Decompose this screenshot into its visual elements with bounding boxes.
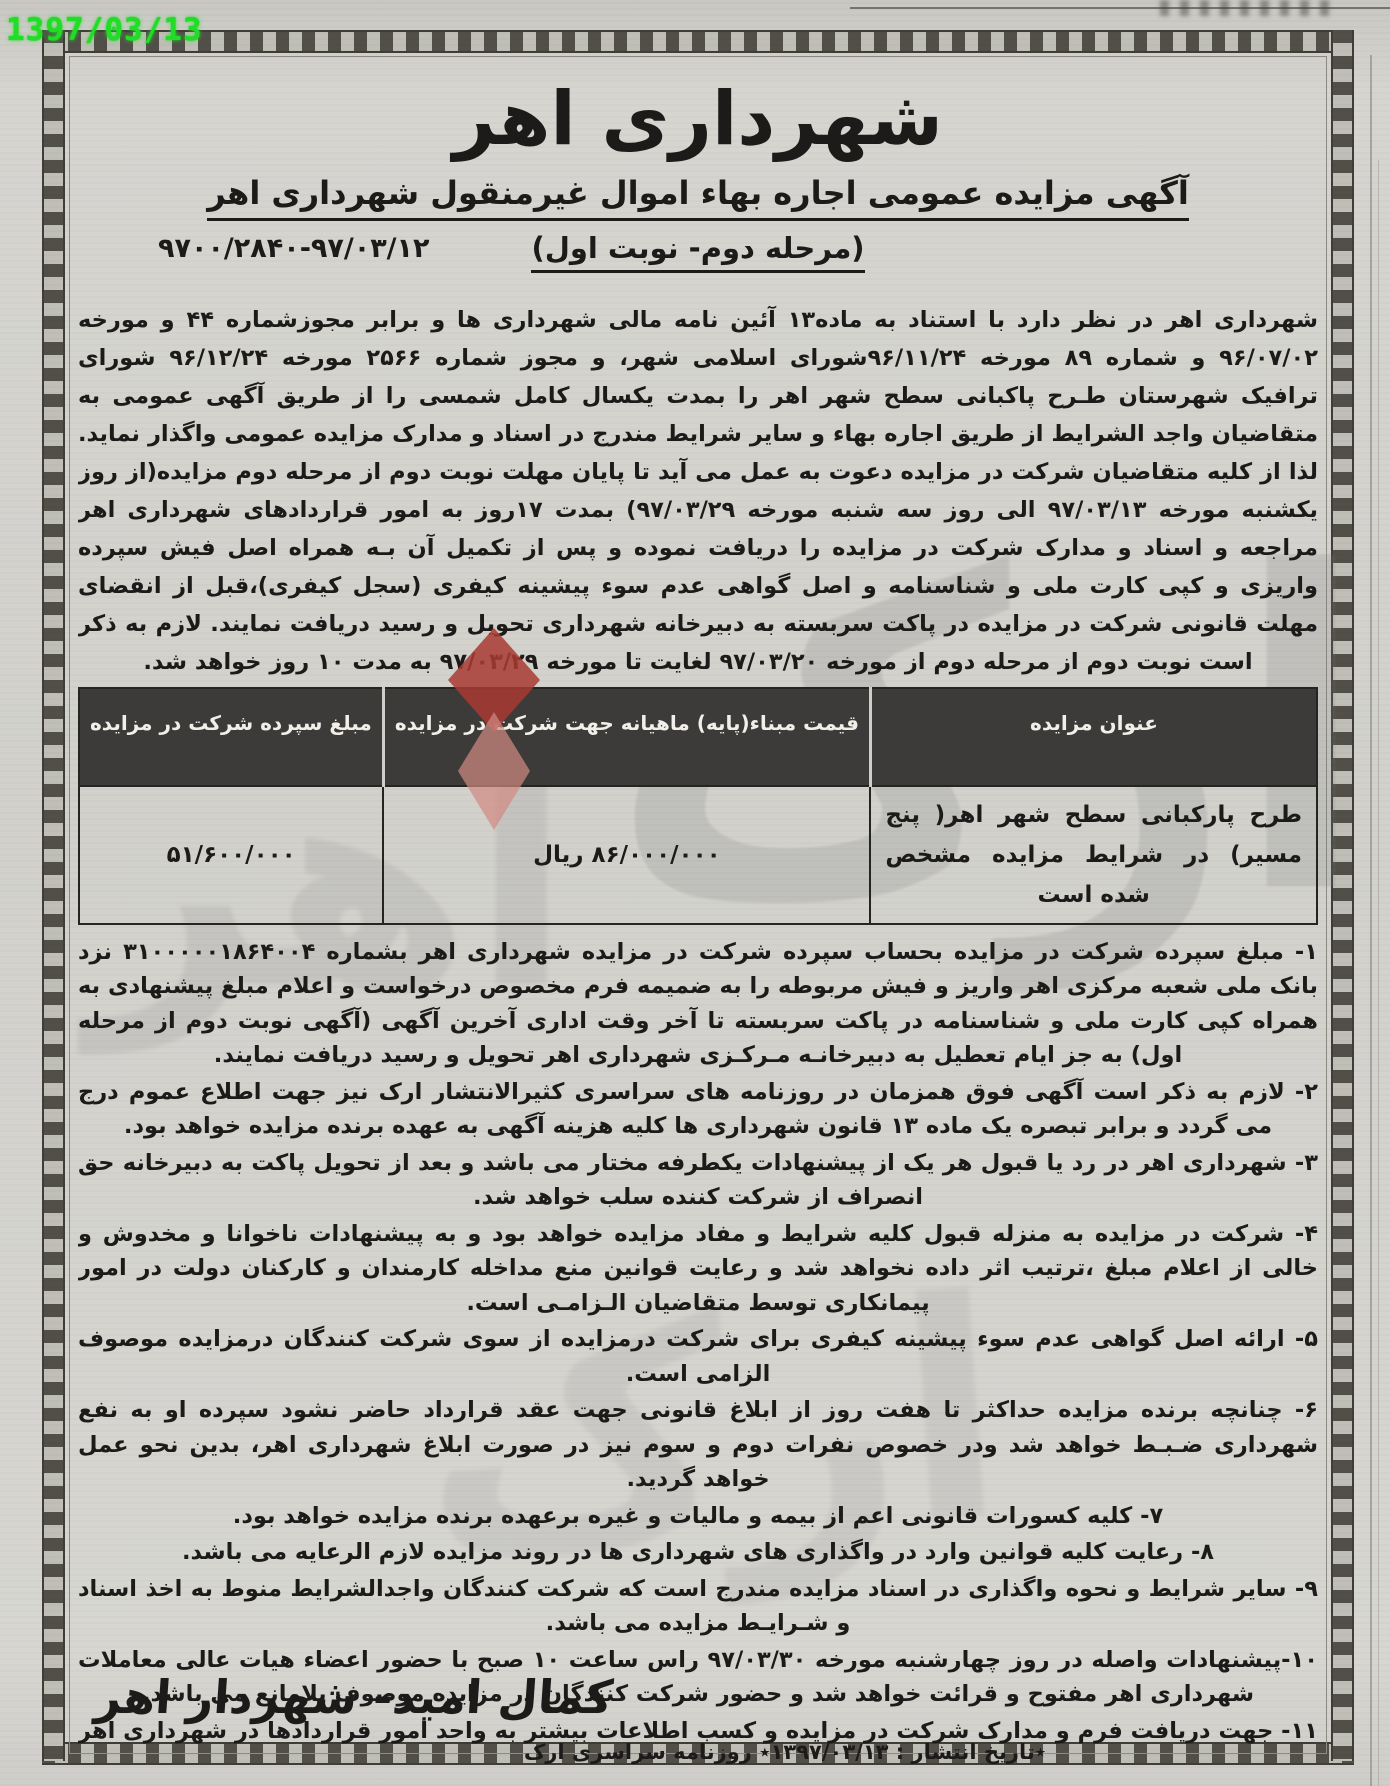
cell-auction-title: طرح پارکبانی سطح شهر اهر( پنج مسیر) در ش… (870, 786, 1317, 924)
newspaper-scan-page: 1397/03/13 ارک اهر ارک شهرداری اهر آگهی … (0, 0, 1390, 1786)
cell-deposit: ۵۱/۶۰۰/۰۰۰ (79, 786, 383, 924)
adjacent-article-smudge (1160, 0, 1330, 16)
cell-base-price: ۸۶/۰۰۰/۰۰۰ ریال (383, 786, 870, 924)
intro-paragraph: شهرداری اهر در نظر دارد با استناد به ماد… (78, 301, 1318, 681)
condition-item-7: ۷- کلیه کسورات قانونی اعم از بیمه و مالی… (78, 1499, 1318, 1534)
notice-subtitle-row: آگهی مزایده عمومی اجاره بهاء اموال غیرمن… (78, 174, 1318, 221)
condition-item-5: ۵- ارائه اصل گواهی عدم سوء پیشینه کیفری … (78, 1322, 1318, 1391)
table-row: طرح پارکبانی سطح شهر اهر( پنج مسیر) در ش… (79, 786, 1317, 924)
column-header-auction-title: عنوان مزایده (870, 688, 1317, 786)
condition-item-9: ۹- سایر شرایط و نحوه واگذاری در اسناد مز… (78, 1572, 1318, 1641)
condition-item-6: ۶- چنانچه برنده مزایده حداکثر تا هفت روز… (78, 1393, 1318, 1497)
auction-table: عنوان مزایده قیمت مبناء(پایه) ماهیانه جه… (78, 687, 1318, 925)
stage-label: (مرحله دوم- نوبت اول) (531, 231, 864, 273)
scan-date-stamp: 1397/03/13 (6, 12, 203, 48)
condition-item-4: ۴- شرکت در مزایده به منزله قبول کلیه شرا… (78, 1217, 1318, 1321)
publication-footer: ٭تاریخ انتشار : ۱۳۹۷/۰۳/۱۳٭ روزنامه سراس… (0, 1740, 1390, 1764)
reference-number: ۹۷۰۰/۲۸۴۰-۹۷/۰۳/۱۲ (158, 233, 430, 264)
page-column-rule (1370, 55, 1372, 1786)
mayor-signature: کمال امید- شهردار اهر (93, 1670, 615, 1724)
condition-item-3: ۳- شهرداری اهر در رد یا قبول هر یک از پی… (78, 1146, 1318, 1215)
page-column-rule-2 (1378, 160, 1379, 1786)
auction-table-header-row: عنوان مزایده قیمت مبناء(پایه) ماهیانه جه… (79, 688, 1317, 786)
frame-border-top (42, 30, 1354, 53)
condition-item-2: ۲- لازم به ذکر است آگهی فوق همزمان در رو… (78, 1075, 1318, 1144)
notice-subtitle: آگهی مزایده عمومی اجاره بهاء اموال غیرمن… (207, 174, 1189, 221)
frame-border-left (42, 30, 65, 1761)
condition-item-8: ۸- رعایت کلیه قوانین وارد در واگذاری های… (78, 1535, 1318, 1570)
condition-item-1: ۱- مبلغ سپرده شرکت در مزایده بحساب سپرده… (78, 935, 1318, 1073)
stage-row: ۹۷۰۰/۲۸۴۰-۹۷/۰۳/۱۲ (مرحله دوم- نوبت اول) (78, 231, 1318, 287)
notice-title: شهرداری اهر (78, 70, 1318, 170)
notice-content: شهرداری اهر آگهی مزایده عمومی اجاره بهاء… (78, 58, 1318, 1750)
column-header-deposit: مبلغ سپرده شرکت در مزایده (79, 688, 383, 786)
column-header-base-price: قیمت مبناء(پایه) ماهیانه جهت شرکت در مزا… (383, 688, 870, 786)
frame-border-right (1331, 30, 1354, 1761)
